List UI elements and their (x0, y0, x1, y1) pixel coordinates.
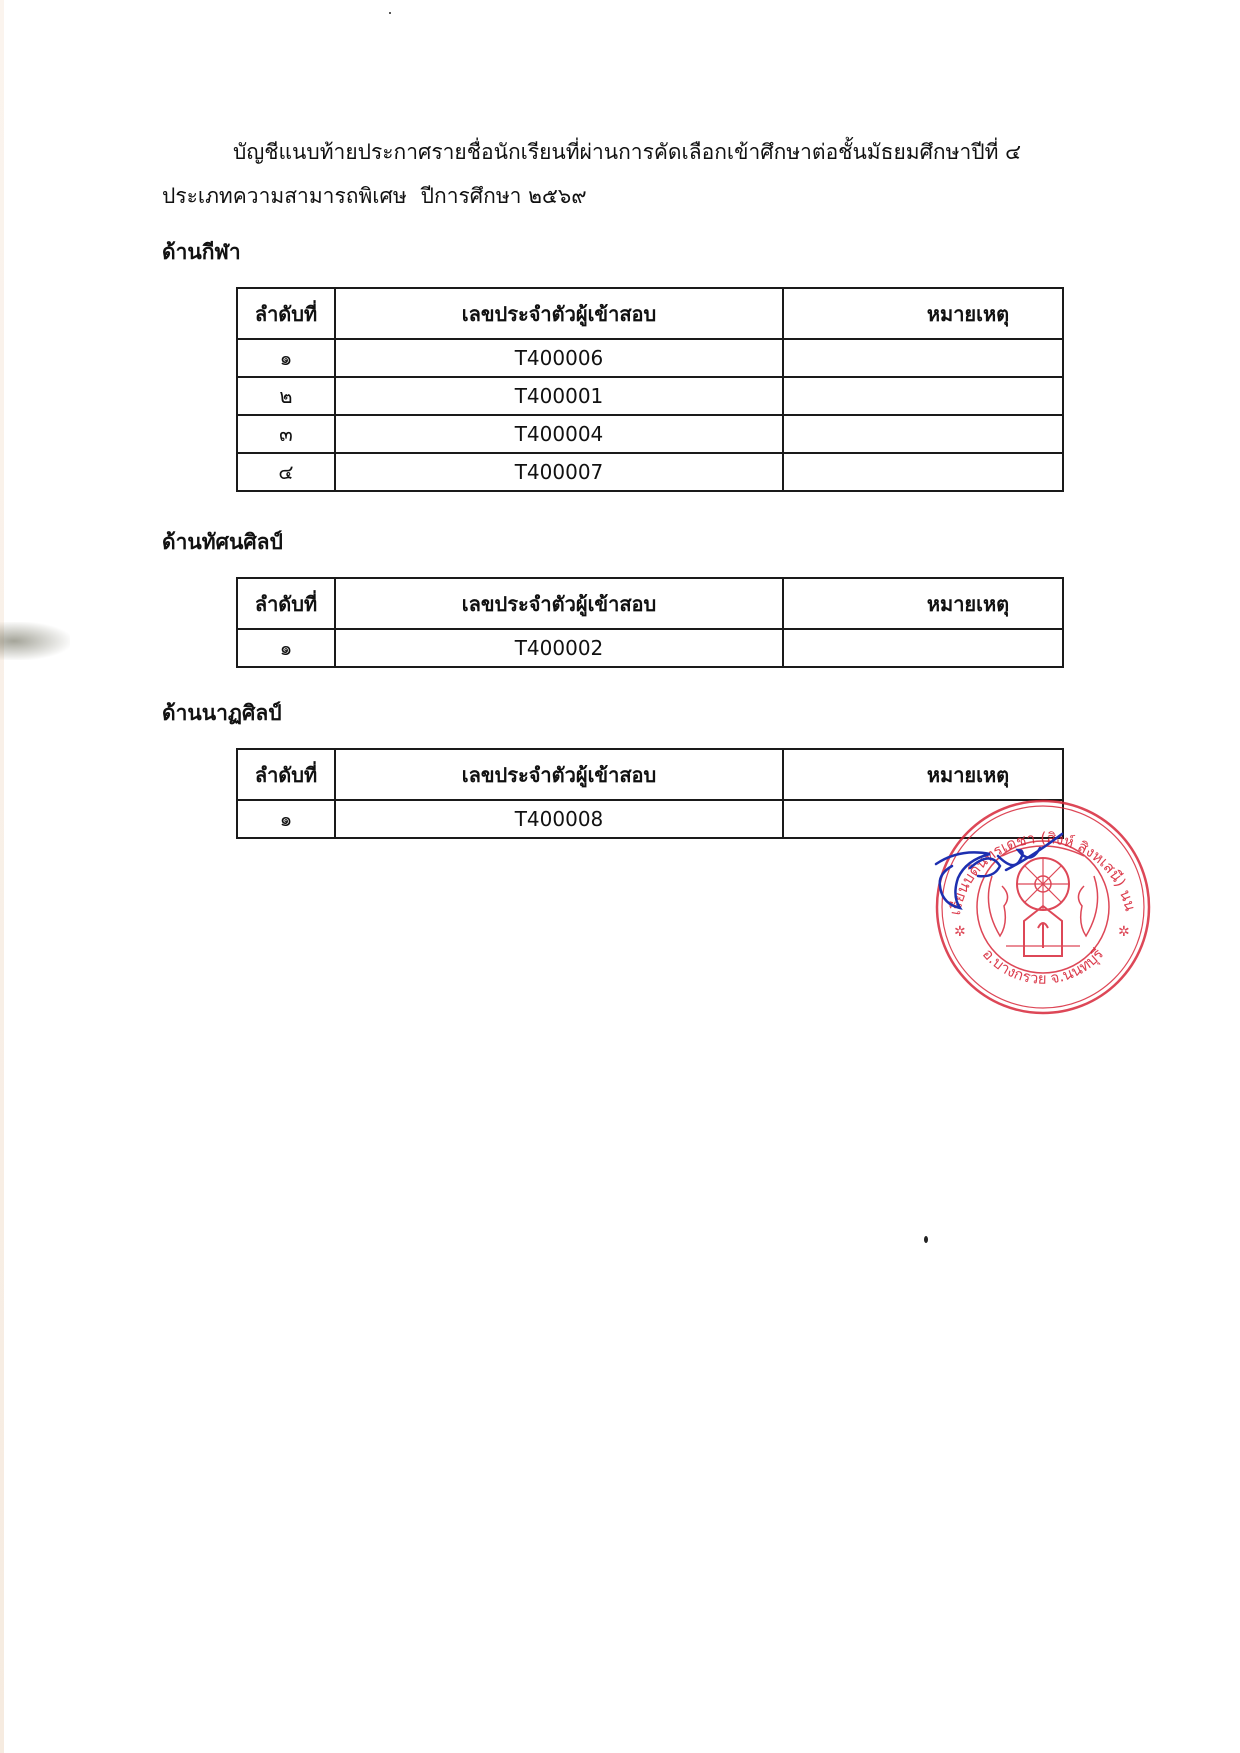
scan-edge (0, 0, 4, 1753)
scan-speck (924, 1236, 928, 1243)
cell-order: ๑ (237, 629, 335, 667)
stamp-star-right-icon: ✲ (1118, 924, 1130, 940)
cell-order: ๔ (237, 453, 335, 491)
stamp-bottom-text: อ.บางกรวย จ.นนทบุรี (979, 945, 1107, 988)
header-order: ลำดับที่ (237, 749, 335, 800)
cell-candidate-id: T400008 (335, 800, 783, 838)
table-header-row: ลำดับที่ เลขประจำตัวผู้เข้าสอบ หมายเหตุ (237, 578, 1063, 629)
cell-order: ๒ (237, 377, 335, 415)
results-table-visual-arts: ลำดับที่ เลขประจำตัวผู้เข้าสอบ หมายเหตุ … (236, 577, 1064, 668)
header-candidate-id: เลขประจำตัวผู้เข้าสอบ (335, 288, 783, 339)
table-header-row: ลำดับที่ เลขประจำตัวผู้เข้าสอบ หมายเหตุ (237, 288, 1063, 339)
document-page: บัญชีแนบท้ายประกาศรายชื่อนักเรียนที่ผ่าน… (0, 0, 1240, 1753)
cell-candidate-id: T400007 (335, 453, 783, 491)
signature (930, 820, 1070, 930)
section-heading-visual-arts: ด้านทัศนศิลป์ (162, 526, 283, 559)
academic-year-label: ปีการศึกษา ๒๕๖๙ (421, 184, 587, 208)
table-row: ๓ T400004 (237, 415, 1063, 453)
header-note: หมายเหตุ (783, 749, 1063, 800)
cell-note (783, 629, 1063, 667)
header-note: หมายเหตุ (783, 288, 1063, 339)
cell-note (783, 453, 1063, 491)
talent-category-label: ประเภทความสามารถพิเศษ (162, 184, 407, 208)
table-row: ๑ T400006 (237, 339, 1063, 377)
document-title-line1: บัญชีแนบท้ายประกาศรายชื่อนักเรียนที่ผ่าน… (233, 136, 1021, 169)
cell-candidate-id: T400006 (335, 339, 783, 377)
section-heading-sports: ด้านกีฬา (162, 236, 241, 269)
cell-candidate-id: T400001 (335, 377, 783, 415)
document-title-line2: ประเภทความสามารถพิเศษปีการศึกษา ๒๕๖๙ (162, 180, 587, 213)
cell-candidate-id: T400004 (335, 415, 783, 453)
table-row: ๔ T400007 (237, 453, 1063, 491)
header-candidate-id: เลขประจำตัวผู้เข้าสอบ (335, 749, 783, 800)
header-note: หมายเหตุ (783, 578, 1063, 629)
header-order: ลำดับที่ (237, 578, 335, 629)
cell-order: ๑ (237, 800, 335, 838)
cell-note (783, 377, 1063, 415)
cell-note (783, 339, 1063, 377)
cell-candidate-id: T400002 (335, 629, 783, 667)
cell-note (783, 415, 1063, 453)
table-header-row: ลำดับที่ เลขประจำตัวผู้เข้าสอบ หมายเหตุ (237, 749, 1063, 800)
cell-order: ๑ (237, 339, 335, 377)
header-order: ลำดับที่ (237, 288, 335, 339)
table-row: ๒ T400001 (237, 377, 1063, 415)
scan-smudge (0, 622, 70, 660)
results-table-sports: ลำดับที่ เลขประจำตัวผู้เข้าสอบ หมายเหตุ … (236, 287, 1064, 492)
header-candidate-id: เลขประจำตัวผู้เข้าสอบ (335, 578, 783, 629)
section-heading-performing-arts: ด้านนาฏศิลป์ (162, 697, 282, 730)
scan-speck (389, 12, 391, 14)
table-row: ๑ T400002 (237, 629, 1063, 667)
cell-order: ๓ (237, 415, 335, 453)
